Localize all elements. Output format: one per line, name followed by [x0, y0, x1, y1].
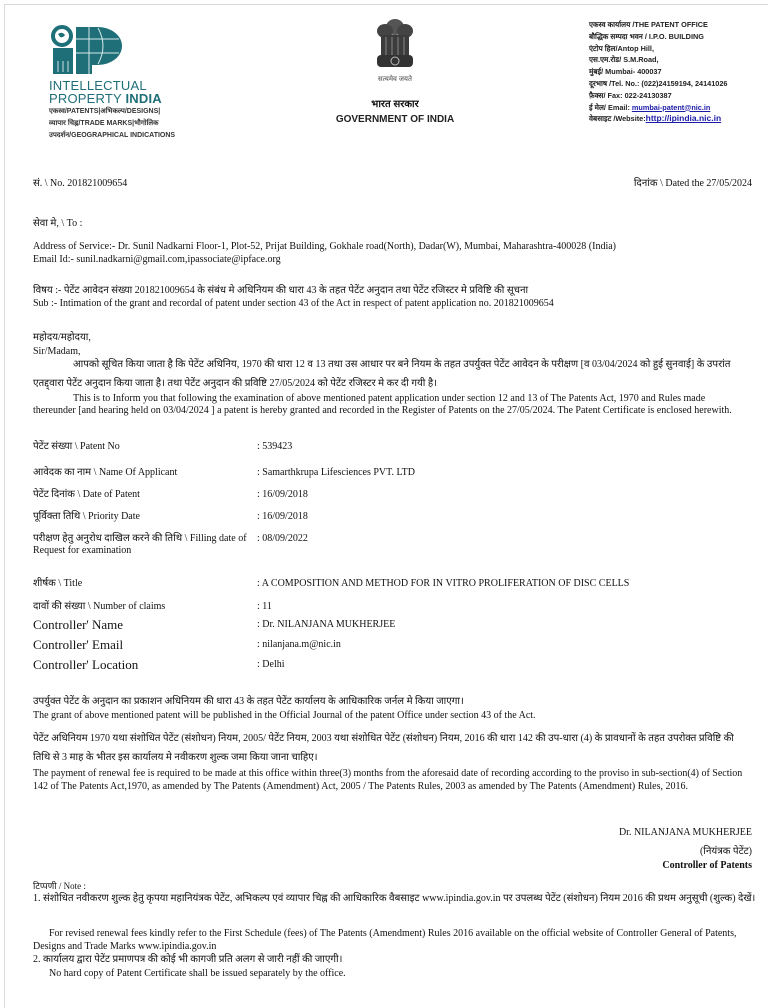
- subject-english: Sub :- Intimation of the grant and recor…: [33, 297, 554, 310]
- recipient-label: सेवा मे, \ To :: [33, 217, 82, 230]
- ip-india-logo: INTELLECTUAL PROPERTY INDIA एकस्व/PATENT…: [49, 25, 209, 142]
- patent-grant-letter: INTELLECTUAL PROPERTY INDIA एकस्व/PATENT…: [4, 4, 768, 1008]
- government-title-english: GOVERNMENT OF INDIA: [305, 114, 485, 125]
- emblem-motto: सत्यमेव जयते: [305, 75, 485, 84]
- national-emblem-block: सत्यमेव जयते भारत सरकार GOVERNMENT OF IN…: [305, 15, 485, 125]
- letter-date: दिनांक \ Dated the 27/05/2024: [634, 177, 752, 190]
- government-title-hindi: भारत सरकार: [305, 96, 485, 110]
- subject-hindi: विषय :- पेटेंट आवेदन संख्या 201821009654…: [33, 284, 528, 297]
- body-paragraph-hindi: आपको सूचित किया जाता है कि पेटेंट अधिनिय…: [33, 355, 745, 393]
- logo-title-line2: PROPERTY INDIA: [49, 92, 209, 105]
- address-of-service: Address of Service:- Dr. Sunil Nadkarni …: [33, 240, 616, 253]
- office-email-link[interactable]: mumbai-patent@nic.in: [632, 103, 710, 112]
- recipient-email: Email Id:- sunil.nadkarni@gmail.com,ipas…: [33, 253, 281, 266]
- renewal-notice-hindi: पेटेंट अधिनियम 1970 यथा संशोधित पेटेंट (…: [33, 729, 753, 767]
- salutation-hindi: महोदय/महोदया,: [33, 331, 91, 344]
- office-website-link[interactable]: http://ipindia.nic.in: [646, 113, 722, 123]
- signatory-name: Dr. NILANJANA MUKHERJEE: [619, 826, 752, 839]
- note-1-english: For revised renewal fees kindly refer to…: [33, 927, 753, 953]
- publication-notice-hindi: उपर्युक्त पेटेंट के अनुदान का प्रकाशन अध…: [33, 695, 464, 708]
- ip-logo-icon: [49, 25, 129, 75]
- renewal-notice-english: The payment of renewal fee is required t…: [33, 767, 753, 793]
- national-emblem-icon: [372, 15, 418, 75]
- publication-notice-english: The grant of above mentioned patent will…: [33, 709, 536, 722]
- note-2-hindi: 2. कार्यालय द्वारा पेटेंट प्रमाणपत्र की …: [33, 953, 342, 966]
- office-email-line: ई मेल/ Email: mumbai-patent@nic.in: [589, 102, 727, 114]
- note-2-english: No hard copy of Patent Certificate shall…: [49, 967, 346, 980]
- reference-number: सं. \ No. 201821009654: [33, 177, 127, 190]
- office-website-line: वेबसाइट /Website:http://ipindia.nic.in: [589, 113, 727, 125]
- signatory-role-hindi: (नियंत्रक पेटेंट): [700, 845, 752, 858]
- patent-office-address: एकस्व कार्यालय /THE PATENT OFFICE बौद्धि…: [589, 19, 727, 125]
- note-1-hindi: 1. संशोधित नवीकरण शुल्क हेतु कृपया महानि…: [33, 889, 763, 908]
- signatory-role-english: Controller of Patents: [662, 859, 752, 872]
- body-paragraph-english: This is to Inform you that following the…: [33, 393, 745, 417]
- logo-subtitle: एकस्व/PATENTS|अभिकल्प/DESIGNS| व्यापार च…: [49, 106, 209, 142]
